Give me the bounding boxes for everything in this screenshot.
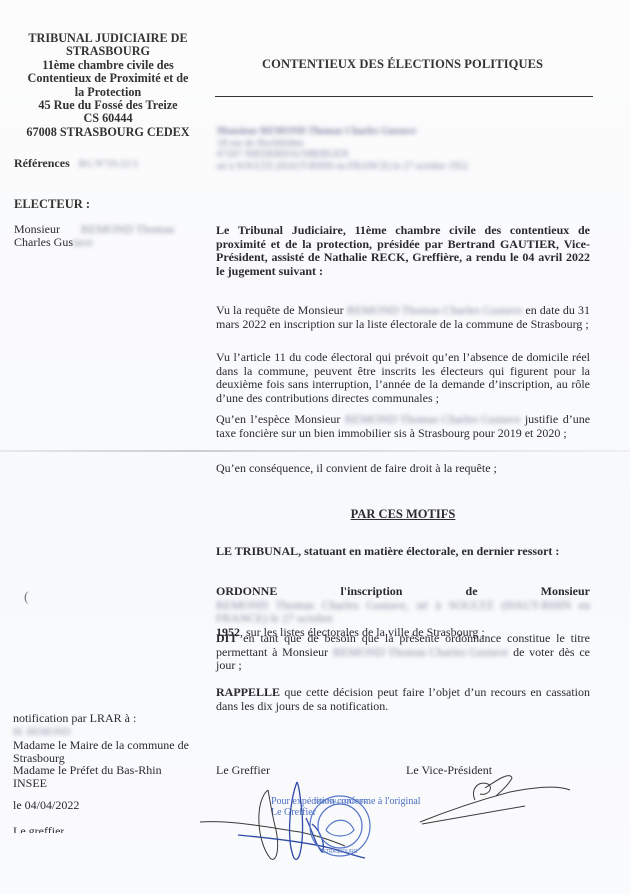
court-seal-icon: TRIBUNAL JUDICIAIRE STRASBOURG — [310, 796, 370, 856]
svg-text:TRIBUNAL JUDICIAIRE: TRIBUNAL JUDICIAIRE — [313, 799, 367, 805]
document-page: TRIBUNAL JUDICIAIRE DE STRASBOURG 11ème … — [0, 0, 630, 895]
vice-president-signature-icon — [420, 776, 570, 824]
svg-text:STRASBOURG: STRASBOURG — [322, 849, 357, 855]
signatures-and-seal: TRIBUNAL JUDICIAIRE STRASBOURG — [0, 0, 630, 895]
